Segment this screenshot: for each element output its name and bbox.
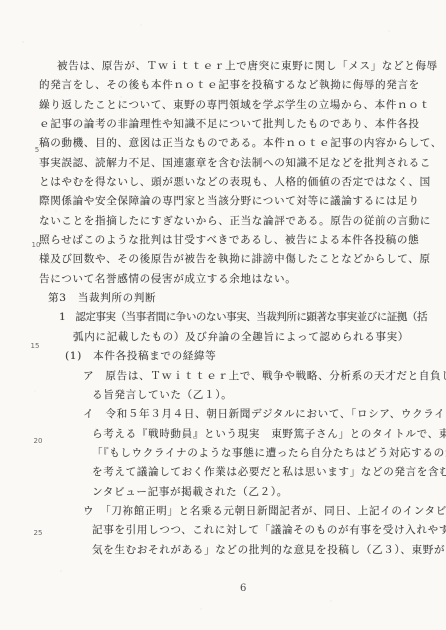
paragraph-line: 繰り返したことについて、東野の専門領域を学ぶ学生の立場から、本件ｎｏｔ: [0, 96, 446, 115]
item-line: 記事を引用しつつ、これに対して「議論そのものが有事を受け入れやすい空: [0, 521, 446, 540]
item-line: ら考える『戦時動員』という現実 東野篤子さん」とのタイトルで、東野の: [0, 425, 446, 444]
paragraph-line: ｅ記事の論考の非論理性や知識不足について批判したものであり、本件各投: [0, 115, 446, 134]
document-text-block: 被告は、原告が、Ｔｗｉｔｔｅｒ上で唐突に東野に関し「メス」などと侮辱 的発言をし…: [0, 57, 446, 560]
paragraph-line: 事実誤認、読解力不足、国連憲章を含む法制への知識不足などを批判されるこ: [0, 154, 446, 173]
paragraph-line: 的発言をし、その後も本件ｎｏｔｅ記事を投稿するなど執拗に侮辱的発言を: [0, 76, 446, 95]
item-line: 「『もしウクライナのような事態に遭ったら自分たちはどう対応するのか』: [0, 444, 446, 463]
paragraph-line: 稿の動機、目的、意図は正当なものである。本件ｎｏｔｅ記事の内容からして、: [0, 134, 446, 153]
paragraph-line: 際関係論や安全保障論の専門家と当該分野について対等に議論するには足り: [0, 192, 446, 211]
subsection-heading: (1) 本件各投稿までの経緯等: [0, 347, 446, 366]
page-number: 6: [240, 583, 246, 594]
paragraph-line: 照らせばこのような批判は甘受すべきであるし、被告による本件各投稿の態: [0, 231, 446, 250]
finding-heading-line: 1 認定事実（当事者間に争いのない事実、当裁判所に顕著な事実並びに証拠（括: [0, 308, 446, 327]
paragraph-line: ないことを指摘したにすぎないから、正当な論評である。原告の従前の言動に: [0, 212, 446, 231]
section-heading: 第3 当裁判所の判断: [0, 289, 446, 308]
item-line: 気を生むおそれがある」などの批判的な意見を投稿し（乙３）、東野がこれ: [0, 541, 446, 560]
item-line: イ 令和５年３月４日、朝日新聞デジタルにおいて、「ロシア、ウクライナか: [0, 405, 446, 424]
paragraph-line: とはやむを得ないし、頭が悪いなどの表現も、人格的価値の否定ではなく、国: [0, 173, 446, 192]
item-line: を考えて議論しておく作業は必要だと私は思います」などの発言を含むイ: [0, 463, 446, 482]
paragraph-line: 被告は、原告が、Ｔｗｉｔｔｅｒ上で唐突に東野に関し「メス」などと侮辱: [0, 57, 446, 76]
item-line: ンタビュー記事が掲載された（乙２）。: [0, 483, 446, 502]
item-line: る旨発言していた（乙１）。: [0, 386, 446, 405]
item-line: ア 原告は、Ｔｗｉｔｔｅｒ上で、戦争や戦略、分析系の天才だと自負してい: [0, 367, 446, 386]
paragraph-line: 様及び回数や、その後原告が被告を執拗に誹謗中傷したことなどからして、原: [0, 250, 446, 269]
item-line: ウ 「刀祢館正明」と名乗る元朝日新聞記者が、同日、上記イのインタビュー: [0, 502, 446, 521]
finding-heading-line: 弧内に記載したもの）及び弁論の全趣旨によって認められる事実）: [0, 328, 446, 347]
paragraph-line: 告について名誉感情の侵害が成立する余地はない。: [0, 270, 446, 289]
scanned-document-page: 5 10 15 20 25 被告は、原告が、Ｔｗｉｔｔｅｒ上で唐突に東野に関し「…: [0, 0, 446, 630]
